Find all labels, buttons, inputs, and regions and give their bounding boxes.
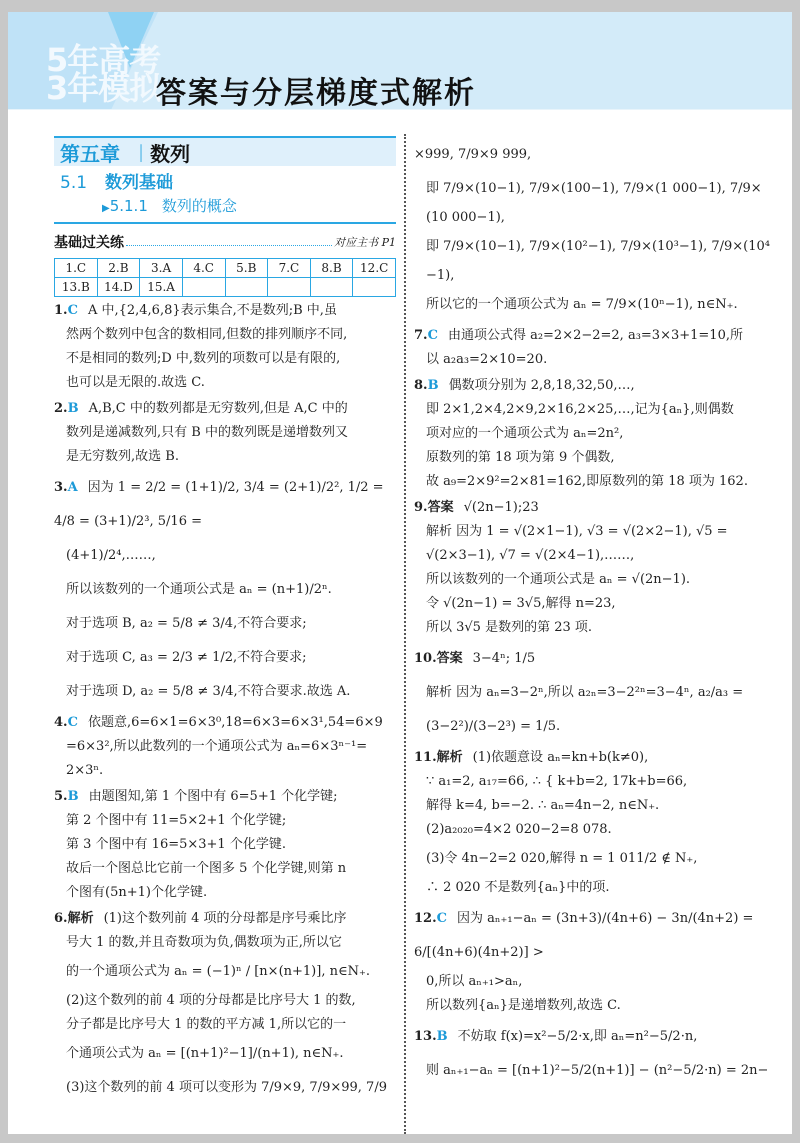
page-banner: 5年高考 3年模拟 答案与分层梯度式解析 xyxy=(8,12,792,110)
solution-line: 也可以是无限的.故选 C. xyxy=(54,371,396,395)
left-column: 第五章 | 数列 5.1数列基础 ▶5.1.1数列的概念 基础过关练 对应主书 … xyxy=(54,136,396,1105)
subsection-number: 5.1.1 xyxy=(110,197,148,215)
solution-line: (3)令 4n−2=2 020,解得 n = 1 011/2 ∉ N₊, xyxy=(414,842,776,876)
solution-line: 故后一个图总比它前一个图多 5 个化学键,则第 n xyxy=(54,857,396,881)
answer-cell: 4.C xyxy=(182,259,225,278)
line-text: (3)令 4n−2=2 020,解得 n = 1 011/2 ∉ N₊, xyxy=(426,851,697,866)
answer-cell xyxy=(353,278,396,297)
line-text: 对于选项 B, a₂ = 5/8 ≠ 3/4,不符合要求; xyxy=(66,616,307,631)
answer-cell: 14.D xyxy=(97,278,140,297)
solution-item: 6.解析(1)这个数列前 4 项的分母都是序号乘比序号大 1 的数,并且奇数项为… xyxy=(54,907,396,1105)
solution-item: 8.B偶数项分别为 2,8,18,32,50,…,即 2×1,2×4,2×9,2… xyxy=(414,374,776,494)
solution-line: 5.B由题图知,第 1 个图中有 6=5+1 个化学键; xyxy=(54,785,396,809)
answer-cell: 8.B xyxy=(310,259,353,278)
solution-line: 个通项公式为 aₙ = [(n+1)²−1]/(n+1), n∈N₊. xyxy=(54,1037,396,1071)
answer-page: 5年高考 3年模拟 答案与分层梯度式解析 第五章 | 数列 5.1数列基础 ▶5… xyxy=(8,12,792,1134)
solution-line: 所以该数列的一个通项公式是 aₙ = √(2n−1). xyxy=(414,568,776,592)
solution-line: ∵ a₁=2, a₁₇=66, ∴ { k+b=2, 17k+b=66, xyxy=(414,770,776,794)
answer-cell: 12.C xyxy=(353,259,396,278)
item-keyword: 解析 xyxy=(437,750,463,765)
subsection-heading: ▶5.1.1数列的概念 xyxy=(54,195,396,224)
item-number: 3. xyxy=(54,480,68,495)
solution-line: 所以该数列的一个通项公式是 aₙ = (n+1)/2ⁿ. xyxy=(54,573,396,607)
line-text: (2)这个数列的前 4 项的分母都是比序号大 1 的数, xyxy=(66,993,356,1008)
solution-line: 解析 因为 1 = √(2×1−1), √3 = √(2×2−1), √5 = xyxy=(414,520,776,544)
line-text: 解析 因为 1 = √(2×1−1), √3 = √(2×2−1), √5 = xyxy=(426,524,728,539)
practice-reference: 对应主书 P1 xyxy=(334,234,396,250)
solution-line: 10.答案3−4ⁿ; 1/5 xyxy=(414,642,776,676)
practice-header: 基础过关练 对应主书 P1 xyxy=(54,232,396,252)
triangle-marker-icon: ▶ xyxy=(102,203,110,214)
line-text: 令 √(2n−1) = 3√5,解得 n=23, xyxy=(426,596,616,611)
line-text: 故 a₉=2×9²=2×81=162,即原数列的第 18 项为 162. xyxy=(426,474,748,489)
answer-letter: C xyxy=(428,328,438,343)
item-number: 6. xyxy=(54,911,68,926)
solution-line: 对于选项 C, a₃ = 2/3 ≠ 1/2,不符合要求; xyxy=(54,641,396,675)
line-text: 故后一个图总比它前一个图多 5 个化学键,则第 n xyxy=(66,861,346,876)
item-number: 9. xyxy=(414,500,428,515)
item-number: 13. xyxy=(414,1029,437,1044)
solution-line: =6×3²,所以此数列的一个通项公式为 aₙ=6×3ⁿ⁻¹= xyxy=(54,735,396,759)
answer-cell: 1.C xyxy=(55,259,98,278)
item-number: 11. xyxy=(414,750,437,765)
solution-item: 13.B不妨取 f(x)=x²−5/2·x,即 aₙ=n²−5/2·n,则 aₙ… xyxy=(414,1020,776,1088)
line-text: ∵ a₁=2, a₁₇=66, ∴ { k+b=2, 17k+b=66, xyxy=(426,774,687,789)
line-text: 然两个数列中包含的数相同,但数的排列顺序不同, xyxy=(66,327,347,342)
item-number: 2. xyxy=(54,401,68,416)
line-text: 个通项公式为 aₙ = [(n+1)²−1]/(n+1), n∈N₊. xyxy=(66,1046,344,1061)
solution-line: 12.C因为 aₙ₊₁−aₙ = (3n+3)/(4n+6) − 3n/(4n+… xyxy=(414,902,776,970)
answer-cell: 15.A xyxy=(140,278,183,297)
solution-line: 2×3ⁿ. xyxy=(54,759,396,783)
line-text: 解得 k=4, b=−2. ∴ aₙ=4n−2, n∈N₊. xyxy=(426,798,659,813)
solution-item: 10.答案3−4ⁿ; 1/5解析 因为 aₙ=3−2ⁿ,所以 a₂ₙ=3−2²ⁿ… xyxy=(414,642,776,744)
chapter-name: 数列 xyxy=(150,138,190,167)
line-text: √(2×3−1), √7 = √(2×4−1),……, xyxy=(426,548,634,563)
line-text: (3−2²)/(3−2³) = 1/5. xyxy=(426,719,560,734)
line-text: 也可以是无限的.故选 C. xyxy=(66,375,205,390)
chapter-number: 第五章 xyxy=(60,138,120,167)
section-name: 数列基础 xyxy=(105,173,173,193)
line-text: (1)这个数列前 4 项的分母都是序号乘比序 xyxy=(104,911,347,926)
line-text: 以 a₂a₃=2×10=20. xyxy=(426,352,547,367)
solution-item: 4.C依题意,6=6×1=6×3⁰,18=6×3=6×3¹,54=6×9=6×3… xyxy=(54,711,396,783)
solution-item: 3.A因为 1 = 2/2 = (1+1)/2, 3/4 = (2+1)/2²,… xyxy=(54,471,396,709)
solution-line: 所以它的一个通项公式为 aₙ = 7/9×(10ⁿ−1), n∈N₊. xyxy=(414,288,776,322)
line-text: 号大 1 的数,并且奇数项为负,偶数项为正,所以它 xyxy=(66,935,342,950)
item-number: 10. xyxy=(414,651,437,666)
solution-line: (4+1)/2⁴,……, xyxy=(54,539,396,573)
solution-line: 6.解析(1)这个数列前 4 项的分母都是序号乘比序 xyxy=(54,907,396,931)
right-column: ×999, 7/9×9 999,即 7/9×(10−1), 7/9×(100−1… xyxy=(414,136,776,1088)
left-solutions: 1.CA 中,{2,4,6,8}表示集合,不是数列;B 中,虽然两个数列中包含的… xyxy=(54,299,396,1105)
item-number: 8. xyxy=(414,378,428,393)
item-number: 12. xyxy=(414,911,437,926)
solution-line: 所以 3√5 是数列的第 23 项. xyxy=(414,616,776,640)
line-text: 项对应的一个通项公式为 aₙ=2n², xyxy=(426,426,623,441)
answer-letter: C xyxy=(68,715,78,730)
line-text: 第 2 个图中有 11=5×2+1 个化学键; xyxy=(66,813,286,828)
line-text: 解析 因为 aₙ=3−2ⁿ,所以 a₂ₙ=3−2²ⁿ=3−4ⁿ, a₂/a₃ = xyxy=(426,685,743,700)
practice-label: 基础过关练 xyxy=(54,232,124,252)
line-text: 3−4ⁿ; 1/5 xyxy=(473,651,536,666)
solution-line: 3.A因为 1 = 2/2 = (1+1)/2, 3/4 = (2+1)/2²,… xyxy=(54,471,396,539)
answer-letter: B xyxy=(68,789,79,804)
line-text: (2)a₂₀₂₀=4×2 020−2=8 078. xyxy=(426,822,612,837)
solution-line: ×999, 7/9×9 999, xyxy=(414,138,776,172)
line-text: 即 2×1,2×4,2×9,2×16,2×25,…,记为{aₙ},则偶数 xyxy=(426,402,734,417)
answer-letter: C xyxy=(68,303,78,318)
solution-line: 故 a₉=2×9²=2×81=162,即原数列的第 18 项为 162. xyxy=(414,470,776,494)
page-title: 答案与分层梯度式解析 xyxy=(156,68,476,110)
line-text: 是无穷数列,故选 B. xyxy=(66,449,179,464)
answer-letter: B xyxy=(437,1029,448,1044)
solution-line: 所以数列{aₙ}是递增数列,故选 C. xyxy=(414,994,776,1018)
item-keyword: 解析 xyxy=(68,911,94,926)
solution-line: 令 √(2n−1) = 3√5,解得 n=23, xyxy=(414,592,776,616)
answer-letter: B xyxy=(68,401,79,416)
item-keyword: 答案 xyxy=(428,500,454,515)
solution-line: 即 2×1,2×4,2×9,2×16,2×25,…,记为{aₙ},则偶数 xyxy=(414,398,776,422)
line-text: A 中,{2,4,6,8}表示集合,不是数列;B 中,虽 xyxy=(88,303,337,318)
line-text: 所以该数列的一个通项公式是 aₙ = (n+1)/2ⁿ. xyxy=(66,582,332,597)
answer-cell xyxy=(310,278,353,297)
line-text: 分子都是比序号大 1 的数的平方减 1,所以它的一 xyxy=(66,1017,346,1032)
solution-line: 即 7/9×(10−1), 7/9×(10²−1), 7/9×(10³−1), … xyxy=(414,230,776,264)
solution-line: √(2×3−1), √7 = √(2×4−1),……, xyxy=(414,544,776,568)
solution-item: 11.解析(1)依题意设 aₙ=kn+b(k≠0),∵ a₁=2, a₁₇=66… xyxy=(414,746,776,900)
section-heading: 5.1数列基础 xyxy=(54,168,396,193)
answer-row-2: 13.B 14.D 15.A xyxy=(55,278,396,297)
solution-line: 对于选项 D, a₂ = 5/8 ≠ 3/4,不符合要求.故选 A. xyxy=(54,675,396,709)
solution-item: 5.B由题图知,第 1 个图中有 6=5+1 个化学键;第 2 个图中有 11=… xyxy=(54,785,396,905)
line-text: 不妨取 f(x)=x²−5/2·x,即 aₙ=n²−5/2·n, xyxy=(458,1029,698,1044)
line-text: 2×3ⁿ. xyxy=(66,763,103,778)
solution-item: ×999, 7/9×9 999,即 7/9×(10−1), 7/9×(100−1… xyxy=(414,138,776,322)
solution-line: (2)这个数列的前 4 项的分母都是比序号大 1 的数, xyxy=(54,989,396,1013)
line-text: 因为 1 = 2/2 = (1+1)/2, 3/4 = (2+1)/2², 1/… xyxy=(54,480,384,529)
line-text: 所以 3√5 是数列的第 23 项. xyxy=(426,620,592,635)
solution-line: 对于选项 B, a₂ = 5/8 ≠ 3/4,不符合要求; xyxy=(54,607,396,641)
chapter-heading: 第五章 | 数列 xyxy=(54,136,396,166)
line-text: 由题图知,第 1 个图中有 6=5+1 个化学键; xyxy=(89,789,338,804)
solution-line: (2)a₂₀₂₀=4×2 020−2=8 078. xyxy=(414,818,776,842)
solution-line: 分子都是比序号大 1 的数的平方减 1,所以它的一 xyxy=(54,1013,396,1037)
answer-letter: B xyxy=(428,378,439,393)
solution-line: (3−2²)/(3−2³) = 1/5. xyxy=(414,710,776,744)
solution-line: 是无穷数列,故选 B. xyxy=(54,445,396,469)
solution-line: 不是相同的数列;D 中,数列的项数可以是有限的, xyxy=(54,347,396,371)
solution-line: 0,所以 aₙ₊₁>aₙ, xyxy=(414,970,776,994)
line-text: 由通项公式得 a₂=2×2−2=2, a₃=3×3+1=10,所 xyxy=(448,328,743,343)
line-text: 所以数列{aₙ}是递增数列,故选 C. xyxy=(426,998,621,1013)
solution-line: 2.BA,B,C 中的数列都是无穷数列,但是 A,C 中的 xyxy=(54,397,396,421)
answer-cell: 3.A xyxy=(140,259,183,278)
answer-cell xyxy=(225,278,268,297)
solution-line: 原数列的第 18 项为第 9 个偶数, xyxy=(414,446,776,470)
line-text: (4+1)/2⁴,……, xyxy=(66,548,156,563)
solution-line: 13.B不妨取 f(x)=x²−5/2·x,即 aₙ=n²−5/2·n, xyxy=(414,1020,776,1054)
solution-item: 1.CA 中,{2,4,6,8}表示集合,不是数列;B 中,虽然两个数列中包含的… xyxy=(54,299,396,395)
solution-line: 项对应的一个通项公式为 aₙ=2n², xyxy=(414,422,776,446)
answer-cell: 2.B xyxy=(97,259,140,278)
line-text: 依题意,6=6×1=6×3⁰,18=6×3=6×3¹,54=6×9 xyxy=(88,715,383,730)
line-text: 原数列的第 18 项为第 9 个偶数, xyxy=(426,450,614,465)
answer-cell: 7.C xyxy=(268,259,311,278)
line-text: −1), xyxy=(426,268,454,283)
subsection-name: 数列的概念 xyxy=(162,197,237,215)
line-text: 第 3 个图中有 16=5×3+1 个化学键. xyxy=(66,837,286,852)
solution-line: 则 aₙ₊₁−aₙ = [(n+1)²−5/2(n+1)] − (n²−5/2·… xyxy=(414,1054,776,1088)
line-text: 即 7/9×(10−1), 7/9×(10²−1), 7/9×(10³−1), … xyxy=(426,239,770,254)
solution-line: −1), xyxy=(414,264,776,288)
series-logo: 5年高考 3年模拟 xyxy=(46,46,160,102)
solution-line: 11.解析(1)依题意设 aₙ=kn+b(k≠0), xyxy=(414,746,776,770)
line-text: ∴ 2 020 不是数列{aₙ}中的项. xyxy=(426,880,610,895)
answer-cell xyxy=(268,278,311,297)
line-text: 对于选项 C, a₃ = 2/3 ≠ 1/2,不符合要求; xyxy=(66,650,307,665)
chapter-separator: | xyxy=(138,142,144,163)
answer-letter: A xyxy=(68,480,78,495)
line-text: ×999, 7/9×9 999, xyxy=(414,147,531,162)
line-text: 因为 aₙ₊₁−aₙ = (3n+3)/(4n+6) − 3n/(4n+2) =… xyxy=(414,911,753,960)
solution-line: 8.B偶数项分别为 2,8,18,32,50,…, xyxy=(414,374,776,398)
solution-item: 9.答案√(2n−1);23解析 因为 1 = √(2×1−1), √3 = √… xyxy=(414,496,776,640)
answer-cell: 13.B xyxy=(55,278,98,297)
item-number: 7. xyxy=(414,328,428,343)
solution-line: 1.CA 中,{2,4,6,8}表示集合,不是数列;B 中,虽 xyxy=(54,299,396,323)
line-text: 不是相同的数列;D 中,数列的项数可以是有限的, xyxy=(66,351,340,366)
solution-line: ∴ 2 020 不是数列{aₙ}中的项. xyxy=(414,876,776,900)
solution-line: 7.C由通项公式得 a₂=2×2−2=2, a₃=3×3+1=10,所 xyxy=(414,324,776,348)
solution-line: 第 3 个图中有 16=5×3+1 个化学键. xyxy=(54,833,396,857)
item-keyword: 答案 xyxy=(437,651,463,666)
solution-line: 然两个数列中包含的数相同,但数的排列顺序不同, xyxy=(54,323,396,347)
solution-line: 第 2 个图中有 11=5×2+1 个化学键; xyxy=(54,809,396,833)
solution-line: 号大 1 的数,并且奇数项为负,偶数项为正,所以它 xyxy=(54,931,396,955)
line-text: =6×3²,所以此数列的一个通项公式为 aₙ=6×3ⁿ⁻¹= xyxy=(66,739,367,754)
solution-line: 4.C依题意,6=6×1=6×3⁰,18=6×3=6×3¹,54=6×9 xyxy=(54,711,396,735)
solution-item: 2.BA,B,C 中的数列都是无穷数列,但是 A,C 中的数列是递减数列,只有 … xyxy=(54,397,396,469)
answer-letter: C xyxy=(437,911,447,926)
solution-line: (3)这个数列的前 4 项可以变形为 7/9×9, 7/9×99, 7/9 xyxy=(54,1071,396,1105)
solution-item: 7.C由通项公式得 a₂=2×2−2=2, a₃=3×3+1=10,所以 a₂a… xyxy=(414,324,776,372)
column-divider xyxy=(404,134,406,1134)
item-number: 1. xyxy=(54,303,68,318)
solution-line: 9.答案√(2n−1);23 xyxy=(414,496,776,520)
right-solutions: ×999, 7/9×9 999,即 7/9×(10−1), 7/9×(100−1… xyxy=(414,138,776,1088)
answer-cell: 5.B xyxy=(225,259,268,278)
section-number: 5.1 xyxy=(60,173,87,193)
line-text: (3)这个数列的前 4 项可以变形为 7/9×9, 7/9×99, 7/9 xyxy=(66,1080,387,1095)
line-text: 0,所以 aₙ₊₁>aₙ, xyxy=(426,974,522,989)
solution-line: 解得 k=4, b=−2. ∴ aₙ=4n−2, n∈N₊. xyxy=(414,794,776,818)
logo-line-2: 3年模拟 xyxy=(46,74,160,102)
item-number: 4. xyxy=(54,715,68,730)
answer-cell xyxy=(182,278,225,297)
line-text: (1)依题意设 aₙ=kn+b(k≠0), xyxy=(473,750,649,765)
line-text: A,B,C 中的数列都是无穷数列,但是 A,C 中的 xyxy=(89,401,348,416)
dotted-leader xyxy=(126,238,332,246)
line-text: 所以该数列的一个通项公式是 aₙ = √(2n−1). xyxy=(426,572,690,587)
solution-line: 即 7/9×(10−1), 7/9×(100−1), 7/9×(1 000−1)… xyxy=(414,172,776,206)
solution-line: 数列是递减数列,只有 B 中的数列既是递增数列又 xyxy=(54,421,396,445)
solution-line: 的一个通项公式为 aₙ = (−1)ⁿ / [n×(n+1)], n∈N₊. xyxy=(54,955,396,989)
solution-line: 解析 因为 aₙ=3−2ⁿ,所以 a₂ₙ=3−2²ⁿ=3−4ⁿ, a₂/a₃ = xyxy=(414,676,776,710)
solution-line: 个图有(5n+1)个化学键. xyxy=(54,881,396,905)
line-text: (10 000−1), xyxy=(426,210,505,225)
solution-line: (10 000−1), xyxy=(414,206,776,230)
item-number: 5. xyxy=(54,789,68,804)
answer-row-1: 1.C 2.B 3.A 4.C 5.B 7.C 8.B 12.C xyxy=(55,259,396,278)
line-text: 的一个通项公式为 aₙ = (−1)ⁿ / [n×(n+1)], n∈N₊. xyxy=(66,964,370,979)
line-text: 所以它的一个通项公式为 aₙ = 7/9×(10ⁿ−1), n∈N₊. xyxy=(426,297,738,312)
answer-key-table: 1.C 2.B 3.A 4.C 5.B 7.C 8.B 12.C 13.B 14… xyxy=(54,258,396,297)
line-text: 对于选项 D, a₂ = 5/8 ≠ 3/4,不符合要求.故选 A. xyxy=(66,684,350,699)
line-text: 即 7/9×(10−1), 7/9×(100−1), 7/9×(1 000−1)… xyxy=(426,181,762,196)
solution-line: 以 a₂a₃=2×10=20. xyxy=(414,348,776,372)
line-text: 个图有(5n+1)个化学键. xyxy=(66,885,207,900)
line-text: 数列是递减数列,只有 B 中的数列既是递增数列又 xyxy=(66,425,348,440)
line-text: 则 aₙ₊₁−aₙ = [(n+1)²−5/2(n+1)] − (n²−5/2·… xyxy=(426,1063,768,1078)
solution-item: 12.C因为 aₙ₊₁−aₙ = (3n+3)/(4n+6) − 3n/(4n+… xyxy=(414,902,776,1018)
line-text: √(2n−1);23 xyxy=(464,500,539,515)
line-text: 偶数项分别为 2,8,18,32,50,…, xyxy=(449,378,635,393)
